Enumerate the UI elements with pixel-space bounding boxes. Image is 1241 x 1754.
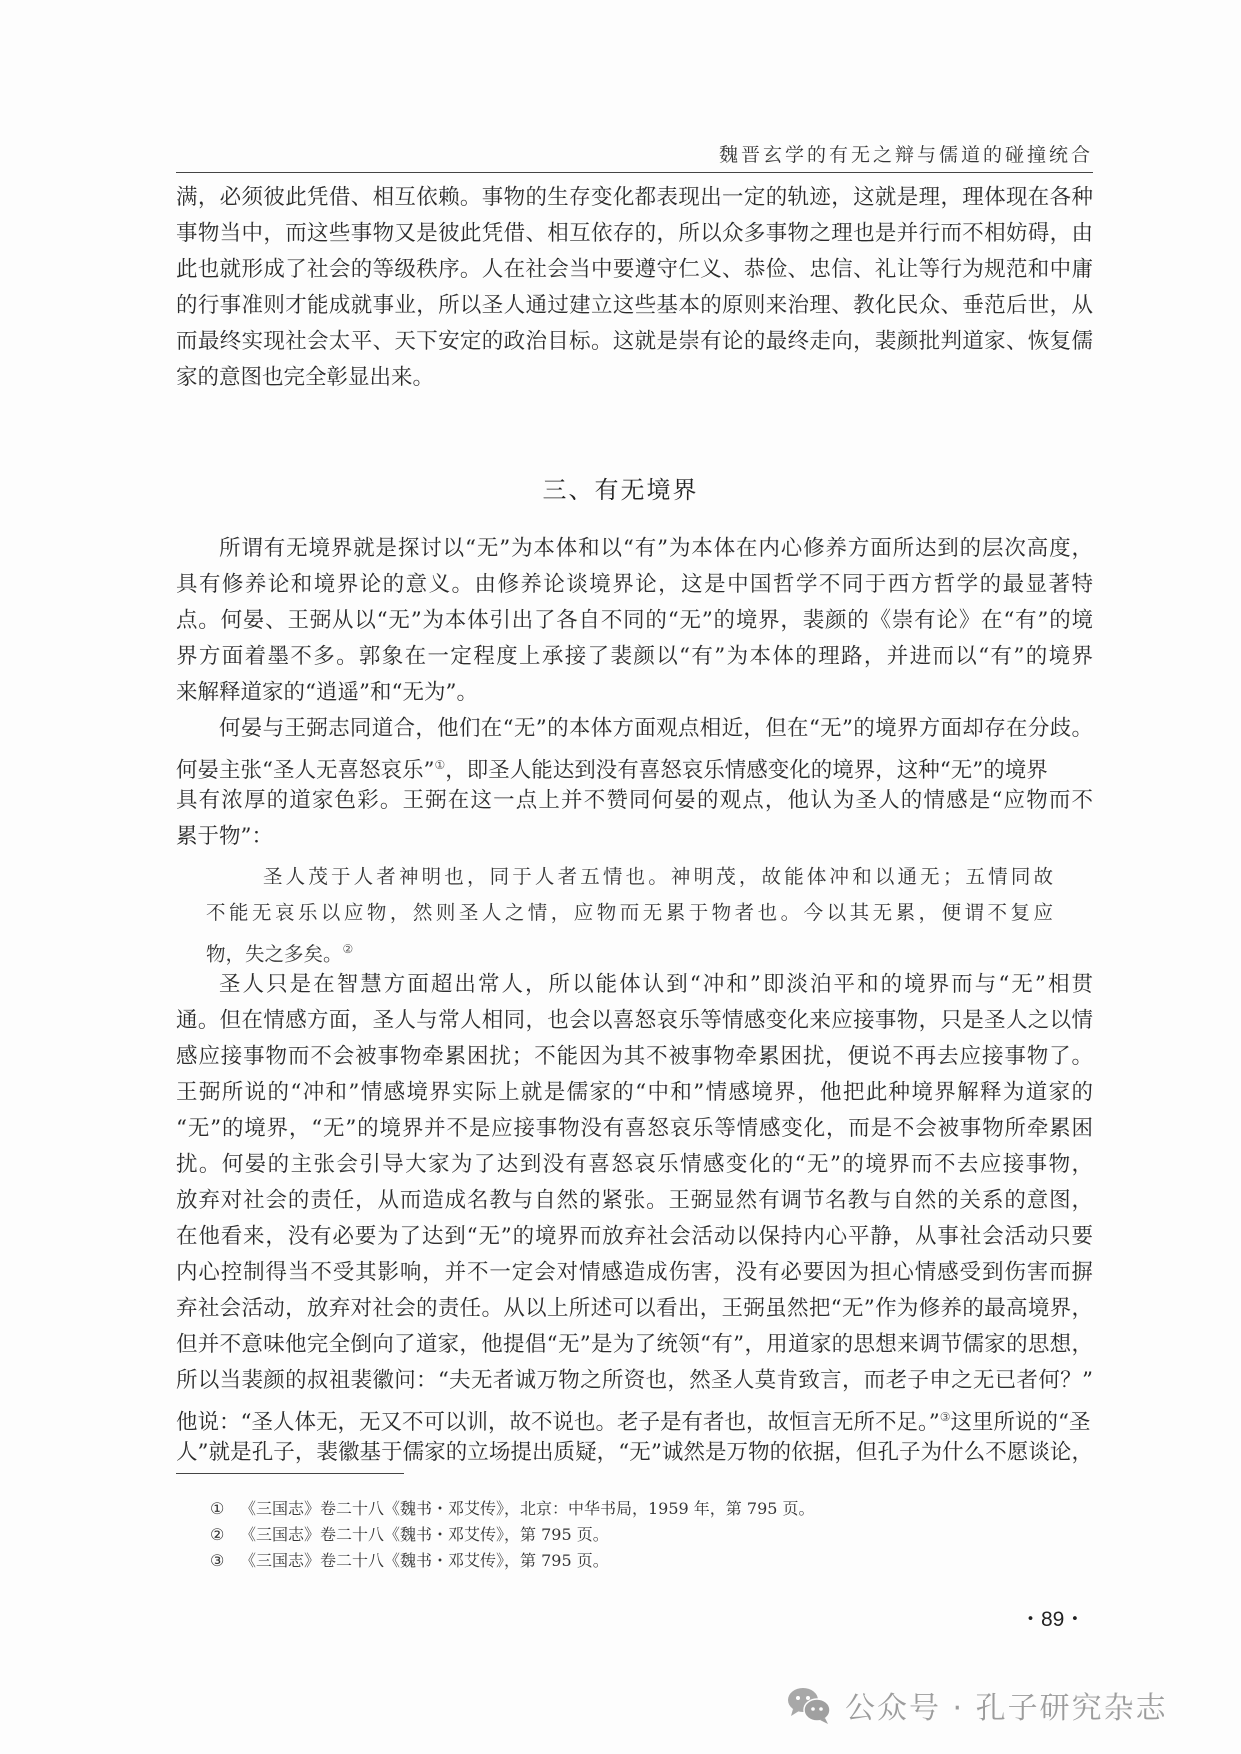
text-line: 在他看来，没有必要为了达到“无”的境界而放弃社会活动以保持内心平静，从事社会活动…: [176, 1222, 1093, 1252]
text-line: 何晏主张“圣人无喜怒哀乐”①，即圣人能达到没有喜怒哀乐情感变化的境界，这种“无”…: [176, 750, 1093, 786]
text-line: 他说：“圣人体无，无又不可以训，故不说也。老子是有者也，故恒言无所不足。”③这里…: [176, 1402, 1093, 1438]
footnote-mark: ③: [210, 1549, 240, 1573]
text-line: 所以当裴颜的叔祖裴徽问：“夫无者诚万物之所资也，然圣人莫肯致言，而老子申之无已者…: [176, 1366, 1093, 1396]
footnote-text: 《三国志》卷二十八《魏书・邓艾传》，第 795 页。: [240, 1551, 609, 1570]
text-line: 圣人只是在智慧方面超出常人，所以能体认到“冲和”即淡泊平和的境界而与“无”相贯: [219, 970, 1093, 1000]
text-line: 内心控制得当不受其影响，并不一定会对情感造成伤害，没有必要因为担心情感受到伤害而…: [176, 1258, 1093, 1288]
text-line: 何晏与王弼志同道合，他们在“无”的本体方面观点相近，但在“无”的境界方面却存在分…: [219, 714, 1093, 744]
text-line: 感应接事物而不会被事物牵累困扰；不能因为其不被事物牵累困扰，便说不再去应接事物了…: [176, 1042, 1093, 1072]
text-line: 事物当中，而这些事物又是彼此凭借、相互依存的，所以众多事物之理也是并行而不相妨碍…: [176, 219, 1093, 249]
text-line: 具有浓厚的道家色彩。王弼在这一点上并不赞同何晏的观点，他认为圣人的情感是“应物而…: [176, 786, 1093, 816]
text-line: 来解释道家的“逍遥”和“无为”。: [176, 678, 1093, 708]
footnote-ref-3[interactable]: ③: [940, 1410, 951, 1424]
text-line: 人”就是孔子，裴徽基于儒家的立场提出质疑，“无”诚然是万物的依据，但孔子为什么不…: [176, 1438, 1093, 1468]
block-quote-line: 圣人茂于人者神明也，同于人者五情也。神明茂，故能体冲和以通无；五情同故: [263, 862, 1053, 892]
footnote-mark: ①: [210, 1497, 240, 1521]
footnote-ref-2[interactable]: ②: [343, 942, 354, 956]
header-divider: [176, 172, 1093, 173]
text-line: 累于物”：: [176, 822, 1093, 852]
page-number: ・89・: [1020, 1603, 1085, 1633]
text-line: 点。何晏、王弼从以“无”为本体引出了各自不同的“无”的境界，裴颜的《崇有论》在“…: [176, 606, 1093, 636]
text-line: 界方面着墨不多。郭象在一定程度上承接了裴颜以“有”为本体的理路，并进而以“有”的…: [176, 642, 1093, 672]
wechat-icon: [785, 1685, 833, 1725]
block-quote-line: 不能无哀乐以应物，然则圣人之情，应物而无累于物者也。今以其无累，便谓不复应: [206, 898, 1053, 928]
footnote-divider: [176, 1473, 404, 1474]
footnote-text: 《三国志》卷二十八《魏书・邓艾传》，北京：中华书局，1959 年，第 795 页…: [240, 1499, 815, 1518]
footnote-ref-1[interactable]: ①: [434, 758, 445, 772]
watermark-text: 公众号 · 孔子研究杂志: [845, 1683, 1168, 1727]
text-line: 放弃对社会的责任，从而造成名教与自然的紧张。王弼显然有调节名教与自然的关系的意图…: [176, 1186, 1093, 1216]
block-quote-line: 物，失之多矣。②: [206, 934, 606, 970]
footnote-1: ①《三国志》卷二十八《魏书・邓艾传》，北京：中华书局，1959 年，第 795 …: [210, 1497, 815, 1521]
text-line: 扰。何晏的主张会引导大家为了达到没有喜怒哀乐情感变化的“无”的境界而不去应接事物…: [176, 1150, 1093, 1180]
text-line: 所谓有无境界就是探讨以“无”为本体和以“有”为本体在内心修养方面所达到的层次高度…: [219, 534, 1093, 564]
footnote-3: ③《三国志》卷二十八《魏书・邓艾传》，第 795 页。: [210, 1549, 609, 1573]
text-line: 具有修养论和境界论的意义。由修养论谈境界论，这是中国哲学不同于西方哲学的最显著特: [176, 570, 1093, 600]
text-span: 这里所说的“圣: [951, 1410, 1091, 1435]
text-line: “无”的境界，“无”的境界并不是应接事物没有喜怒哀乐等情感变化，而是不会被事物所…: [176, 1114, 1093, 1144]
text-span: 他说：“圣人体无，无又不可以训，故不说也。老子是有者也，故恒言无所不足。”: [176, 1410, 940, 1435]
text-line: 家的意图也完全彰显出来。: [176, 363, 1093, 393]
text-span: ，即圣人能达到没有喜怒哀乐情感变化的境界，这种“无”的境界: [445, 758, 1048, 783]
footnote-mark: ②: [210, 1523, 240, 1547]
running-header: 魏晋玄学的有无之辩与儒道的碰撞统合: [176, 140, 1093, 167]
quoted-claim: 何晏主张“圣人无喜怒哀乐”: [176, 758, 434, 783]
text-line: 弃社会活动，放弃对社会的责任。从以上所述可以看出，王弼虽然把“无”作为修养的最高…: [176, 1294, 1093, 1324]
text-line: 王弼所说的“冲和”情感境界实际上就是儒家的“中和”情感境界，他把此种境界解释为道…: [176, 1078, 1093, 1108]
text-span: 物，失之多矣。: [206, 943, 343, 966]
text-line: 满，必须彼此凭借、相互依赖。事物的生存变化都表现出一定的轨迹，这就是理，理体现在…: [176, 183, 1093, 213]
watermark: 公众号 · 孔子研究杂志: [785, 1680, 1168, 1730]
footnote-text: 《三国志》卷二十八《魏书・邓艾传》，第 795 页。: [240, 1525, 609, 1544]
text-line: 此也就形成了社会的等级秩序。人在社会当中要遵守仁义、恭俭、忠信、礼让等行为规范和…: [176, 255, 1093, 285]
text-line: 但并不意味他完全倒向了道家，他提倡“无”是为了统领“有”，用道家的思想来调节儒家…: [176, 1330, 1093, 1360]
text-line: 而最终实现社会太平、天下安定的政治目标。这就是崇有论的最终走向，裴颜批判道家、恢…: [176, 327, 1093, 357]
section-heading: 三、有无境界: [0, 470, 1241, 505]
document-page: 魏晋玄学的有无之辩与儒道的碰撞统合 满，必须彼此凭借、相互依赖。事物的生存变化都…: [0, 0, 1241, 1754]
text-line: 通。但在情感方面，圣人与常人相同，也会以喜怒哀乐等情感变化来应接事物，只是圣人之…: [176, 1006, 1093, 1036]
text-line: 的行事准则才能成就事业，所以圣人通过建立这些基本的原则来治理、教化民众、垂范后世…: [176, 291, 1093, 321]
footnote-2: ②《三国志》卷二十八《魏书・邓艾传》，第 795 页。: [210, 1523, 609, 1547]
